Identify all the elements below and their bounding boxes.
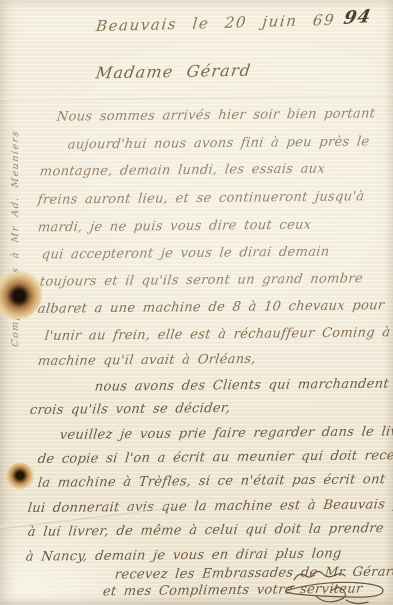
page-number: 94 [342,6,373,29]
letter-line: toujours et il qu'ils seront un grand no… [39,271,364,289]
letter-line: de copie si l'on a écrit au meunier qui … [37,448,393,467]
wax-seal-blot-middle [0,271,42,319]
letter-line: la machine à Trèfles, si ce n'était pas … [37,472,386,491]
letter-line: lui donnerait avis que la machine est à … [27,497,393,516]
letter-line: montagne, demain lundi, les essais aux [39,162,326,180]
letter-page: Beauvais le 20 juin 69 94 Madame Gérard … [0,0,393,605]
letter-line: albaret a une machine de 8 à 10 chevaux … [37,298,385,317]
wax-seal-blot-top [1,101,33,135]
letter-line: à Nancy, demain je vous en dirai plus lo… [25,546,342,564]
letter-line: nous avons des Clients qui marchandent j… [94,376,393,394]
letter-line: machine qu'il avait à Orléans, [37,352,257,369]
letter-line: qui accepteront je vous le dirai demain [41,244,330,262]
letter-line: à lui livrer, de même à celui qui doit l… [27,521,385,540]
signature-flourish [286,566,390,605]
dateline: Beauvais le 20 juin 69 [95,11,336,35]
letter-line: veuillez je vous prie faire regarder dan… [59,424,393,443]
letter-line: l'unir au frein, elle est à réchauffeur … [44,325,393,344]
letter-line: aujourd'hui nous avons fini à peu près l… [67,134,370,152]
salutation: Madame Gérard [95,61,253,83]
letter-line: crois qu'ils vont se décider, [29,401,231,418]
letter-line: mardi, je ne puis vous dire tout ceux [37,218,312,236]
letter-line: freins auront lieu, et se continueront j… [37,189,365,207]
wax-seal-blot-bottom [6,463,34,490]
fold-crease-top [0,94,393,101]
letter-line: Nous sommes arrivés hier soir bien porta… [56,106,376,124]
